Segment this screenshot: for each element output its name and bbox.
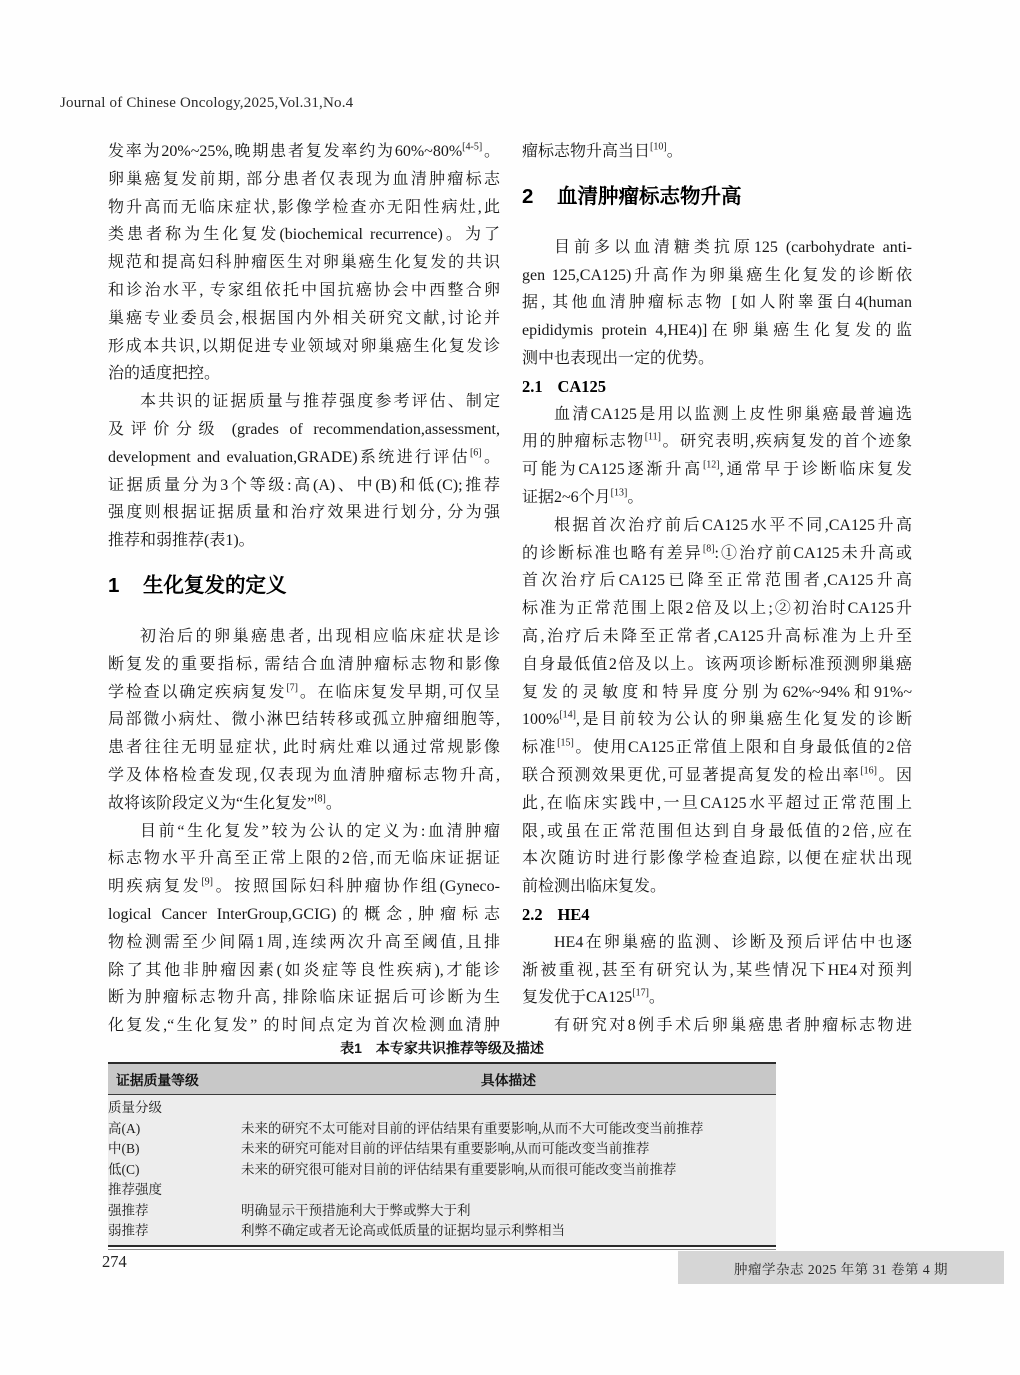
citation-ref: [11] <box>645 432 661 443</box>
page: Journal of Chinese Oncology,2025,Vol.31,… <box>0 0 1020 1375</box>
level-cell: 高(A) <box>108 1119 241 1140</box>
text-line: 形成本共识,以期促进专业领域对卵巢癌生化复发诊 <box>108 333 500 361</box>
subsection-heading: 2.1CA125 <box>522 373 912 401</box>
paragraph: 根据首次治疗前后CA125水平不同,CA125升高的诊断标准也略有差异[8]:①… <box>522 512 912 901</box>
text-line: 用的肿瘤标志物[11]。研究表明,疾病复发的首个迹象 <box>522 428 912 456</box>
text-line: 本次随访时进行影像学检查追踪, 以便在症状出现 <box>522 845 912 873</box>
text-line: 类患者称为生化复发(biochemical recurrence)。为了 <box>108 221 500 249</box>
heading-title: 血清肿瘤标志物升高 <box>557 185 742 208</box>
paragraph: 初治后的卵巢癌患者, 出现相应临床症状是诊断复发的重要指标, 需结合血清肿瘤标志… <box>108 623 500 818</box>
table-group-row: 推荐强度 <box>108 1180 776 1201</box>
level-cell: 强推荐 <box>108 1201 241 1222</box>
text-line: epididymis protein 4,HE4)]在卵巢癌生化复发的监 <box>522 317 912 345</box>
text-line: 限,或虽在正常范围但达到自身最低值的2倍,应在 <box>522 818 912 846</box>
paragraph: 目前“生化复发”较为公认的定义为:血清肿瘤标志物水平升高至正常上限的2倍,而无临… <box>108 818 500 1040</box>
paragraph: 发率为20%~25%,晚期患者复发率约为60%~80%[4-5]。卵巢癌复发前期… <box>108 138 500 388</box>
text-line: 复发的灵敏度和特异度分别为62%~94%和91%~ <box>522 679 912 707</box>
text-line: 卵巢癌复发前期, 部分患者仅表现为血清肿瘤标志 <box>108 166 500 194</box>
text-line: 前检测出临床复发。 <box>522 873 912 901</box>
text-line: HE4在卵巢癌的监测、诊断及预后评估中也逐 <box>522 929 912 957</box>
text-line: 断为肿瘤标志物升高, 排除临床证据后可诊断为生 <box>108 984 500 1012</box>
desc-cell: 未来的研究很可能对目前的评估结果有重要影响,从而很可能改变当前推荐 <box>241 1160 776 1181</box>
text-line: 及评价分级 (grades of recommendation,assessme… <box>108 416 500 444</box>
journal-header: Journal of Chinese Oncology,2025,Vol.31,… <box>60 95 353 112</box>
text-line: 巢癌专业委员会,根据国内外相关研究文献,讨论并 <box>108 305 500 333</box>
table-row: 强推荐明确显示干预措施利大于弊或弊大于利 <box>108 1201 776 1222</box>
text-line: 首次治疗后CA125已降至正常范围者,CA125升高 <box>522 567 912 595</box>
heading-number: 2.1 <box>522 377 543 396</box>
citation-ref: [14] <box>559 710 576 721</box>
text-line: 目前“生化复发”较为公认的定义为:血清肿瘤 <box>108 818 500 846</box>
text-line: 复发优于CA125[17]。 <box>522 984 912 1012</box>
text-line: 断复发的重要指标, 需结合血清肿瘤标志物和影像 <box>108 651 500 679</box>
section-heading: 1生化复发的定义 <box>108 571 500 601</box>
desc-cell: 未来的研究不太可能对目前的评估结果有重要影响,从而不大可能改变当前推荐 <box>241 1119 776 1140</box>
journal-footer-box: 肿瘤学杂志 2025 年第 31 卷第 4 期 <box>678 1251 1004 1284</box>
table-body: 质量分级高(A)未来的研究不太可能对目前的评估结果有重要影响,从而不大可能改变当… <box>108 1095 776 1246</box>
level-cell: 弱推荐 <box>108 1221 241 1246</box>
col-header-desc: 具体描述 <box>241 1063 776 1095</box>
heading-number: 1 <box>108 574 119 597</box>
level-cell: 中(B) <box>108 1139 241 1160</box>
text-line: gen 125,CA125)升高作为卵巢癌生化复发的诊断依 <box>522 262 912 290</box>
table-header-row: 证据质量等级 具体描述 <box>108 1063 776 1095</box>
table-row: 中(B)未来的研究可能对目前的评估结果有重要影响,从而可能改变当前推荐 <box>108 1139 776 1160</box>
citation-ref: [4-5] <box>462 142 482 153</box>
text-line: 患者往往无明显症状, 此时病灶难以通过常规影像 <box>108 734 500 762</box>
heading-number: 2.2 <box>522 905 543 924</box>
text-line: 测中也表现出一定的优势。 <box>522 345 912 373</box>
table-row: 弱推荐利弊不确定或者无论高或低质量的证据均显示利弊相当 <box>108 1221 776 1246</box>
citation-ref: [15] <box>557 738 574 749</box>
paragraph: 本共识的证据质量与推荐强度参考评估、制定及评价分级 (grades of rec… <box>108 388 500 555</box>
text-line: 明疾病复发[9]。按照国际妇科肿瘤协作组(Gyneco- <box>108 873 500 901</box>
text-line: 化复发,“生化复发” 的时间点定为首次检测血清肿 <box>108 1012 500 1040</box>
text-line: 此,在临床实践中,一旦CA125水平超过正常范围上 <box>522 790 912 818</box>
desc-cell: 未来的研究可能对目前的评估结果有重要影响,从而可能改变当前推荐 <box>241 1139 776 1160</box>
paragraph: 血清CA125是用以监测上皮性卵巢癌最普遍选用的肿瘤标志物[11]。研究表明,疾… <box>522 401 912 512</box>
text-line: 学检查以确定疾病复发[7]。在临床复发早期,可仅呈 <box>108 679 500 707</box>
paragraph: HE4在卵巢癌的监测、诊断及预后评估中也逐渐被重视,甚至有研究认为,某些情况下H… <box>522 929 912 1012</box>
text-line: 发率为20%~25%,晚期患者复发率约为60%~80%[4-5]。 <box>108 138 500 166</box>
text-line: 学及体格检查发现,仅表现为血清肿瘤标志物升高, <box>108 762 500 790</box>
text-line: 的诊断标准也略有差异[8]:①治疗前CA125未升高或 <box>522 540 912 568</box>
citation-ref: [8] <box>703 543 715 554</box>
col-header-level: 证据质量等级 <box>108 1063 241 1095</box>
text-line: 推荐和弱推荐(表1)。 <box>108 527 500 555</box>
paragraph: 有研究对8例手术后卵巢癌患者肿瘤标志物进 <box>522 1012 912 1040</box>
citation-ref: [7] <box>286 682 298 693</box>
text-line: 证据质量分为3个等级:高(A)、中(B)和低(C);推荐 <box>108 472 500 500</box>
table-row: 低(C)未来的研究很可能对目前的评估结果有重要影响,从而很可能改变当前推荐 <box>108 1160 776 1181</box>
table-bottom-rule <box>108 1249 776 1250</box>
heading-number: 2 <box>522 185 533 208</box>
text-line: 证据2~6个月[13]。 <box>522 484 912 512</box>
text-line: 物升高而无临床症状,影像学检查亦无阳性病灶,此 <box>108 194 500 222</box>
table1-section: 表1 本专家共识推荐等级及描述 证据质量等级 具体描述 质量分级高(A)未来的研… <box>108 1038 776 1250</box>
text-line: 标准为正常范围上限2倍及以上;②初治时CA125升 <box>522 595 912 623</box>
right-column: 瘤标志物升高当日[10]。2血清肿瘤标志物升高目前多以血清糖类抗原125 (ca… <box>522 138 912 1040</box>
text-line: 100%[14],是目前较为公认的卵巢癌生化复发的诊断 <box>522 706 912 734</box>
text-line: 据, 其他血清肿瘤标志物 [如人附睾蛋白4(human <box>522 289 912 317</box>
citation-ref: [9] <box>201 877 213 888</box>
heading-title: CA125 <box>557 377 606 396</box>
text-line: 除了其他非肿瘤因素(如炎症等良性疾病),才能诊 <box>108 957 500 985</box>
group-label-cell: 推荐强度 <box>108 1180 776 1201</box>
table-row: 高(A)未来的研究不太可能对目前的评估结果有重要影响,从而不大可能改变当前推荐 <box>108 1119 776 1140</box>
paragraph: 瘤标志物升高当日[10]。 <box>522 138 912 166</box>
citation-ref: [16] <box>860 766 877 777</box>
journal-footer-text: 肿瘤学杂志 2025 年第 31 卷第 4 期 <box>734 1258 948 1278</box>
text-line: 和诊治水平, 专家组依托中国抗癌协会中西整合卵 <box>108 277 500 305</box>
text-line: 强度则根据证据质量和治疗效果进行划分, 分为强 <box>108 499 500 527</box>
recommendation-table: 证据质量等级 具体描述 质量分级高(A)未来的研究不太可能对目前的评估结果有重要… <box>108 1062 776 1247</box>
text-line: 物检测需至少间隔1周,连续两次升高至阈值,且排 <box>108 929 500 957</box>
text-line: 高,治疗后未降至正常者,CA125升高标准为上升至 <box>522 623 912 651</box>
text-line: 血清CA125是用以监测上皮性卵巢癌最普遍选 <box>522 401 912 429</box>
text-line: 瘤标志物升高当日[10]。 <box>522 138 912 166</box>
text-line: 标准[15]。使用CA125正常值上限和自身最低值的2倍 <box>522 734 912 762</box>
left-column: 发率为20%~25%,晚期患者复发率约为60%~80%[4-5]。卵巢癌复发前期… <box>108 138 500 1040</box>
text-line: 初治后的卵巢癌患者, 出现相应临床症状是诊 <box>108 623 500 651</box>
text-line: 目前多以血清糖类抗原125 (carbohydrate anti- <box>522 234 912 262</box>
desc-cell: 明确显示干预措施利大于弊或弊大于利 <box>241 1201 776 1222</box>
text-line: 治的适度把控。 <box>108 360 500 388</box>
page-number: 274 <box>102 1252 127 1272</box>
table-group-row: 质量分级 <box>108 1095 776 1119</box>
text-line: 可能为CA125逐渐升高[12],通常早于诊断临床复发 <box>522 456 912 484</box>
text-line: 规范和提高妇科肿瘤医生对卵巢癌生化复发的共识 <box>108 249 500 277</box>
citation-ref: [12] <box>703 460 720 471</box>
heading-title: HE4 <box>557 905 589 924</box>
text-line: 有研究对8例手术后卵巢癌患者肿瘤标志物进 <box>522 1012 912 1040</box>
text-line: 标志物水平升高至正常上限的2倍,而无临床证据证 <box>108 845 500 873</box>
text-line: 自身最低值2倍及以上。该两项诊断标准预测卵巢癌 <box>522 651 912 679</box>
text-line: development and evaluation,GRADE)系统进行评估[… <box>108 444 500 472</box>
citation-ref: [10] <box>650 142 667 153</box>
text-line: logical Cancer InterGroup,GCIG)的概念,肿瘤标志 <box>108 901 500 929</box>
text-line: 本共识的证据质量与推荐强度参考评估、制定 <box>108 388 500 416</box>
paragraph: 目前多以血清糖类抗原125 (carbohydrate anti-gen 125… <box>522 234 912 373</box>
text-line: 渐被重视,甚至有研究认为,某些情况下HE4对预判 <box>522 957 912 985</box>
table-title: 表1 本专家共识推荐等级及描述 <box>108 1038 776 1058</box>
desc-cell: 利弊不确定或者无论高或低质量的证据均显示利弊相当 <box>241 1221 776 1246</box>
text-line: 故将该阶段定义为“生化复发”[8]。 <box>108 790 500 818</box>
heading-title: 生化复发的定义 <box>143 574 287 597</box>
subsection-heading: 2.2HE4 <box>522 901 912 929</box>
level-cell: 低(C) <box>108 1160 241 1181</box>
text-line: 联合预测效果更优,可显著提高复发的检出率[16]。因 <box>522 762 912 790</box>
citation-ref: [13] <box>611 488 628 499</box>
citation-ref: [6] <box>470 447 482 458</box>
group-label-cell: 质量分级 <box>108 1095 776 1119</box>
citation-ref: [8] <box>314 793 326 804</box>
text-line: 局部微小病灶、微小淋巴结转移或孤立肿瘤细胞等, <box>108 706 500 734</box>
text-line: 根据首次治疗前后CA125水平不同,CA125升高 <box>522 512 912 540</box>
section-heading: 2血清肿瘤标志物升高 <box>522 182 912 212</box>
citation-ref: [17] <box>632 988 649 999</box>
